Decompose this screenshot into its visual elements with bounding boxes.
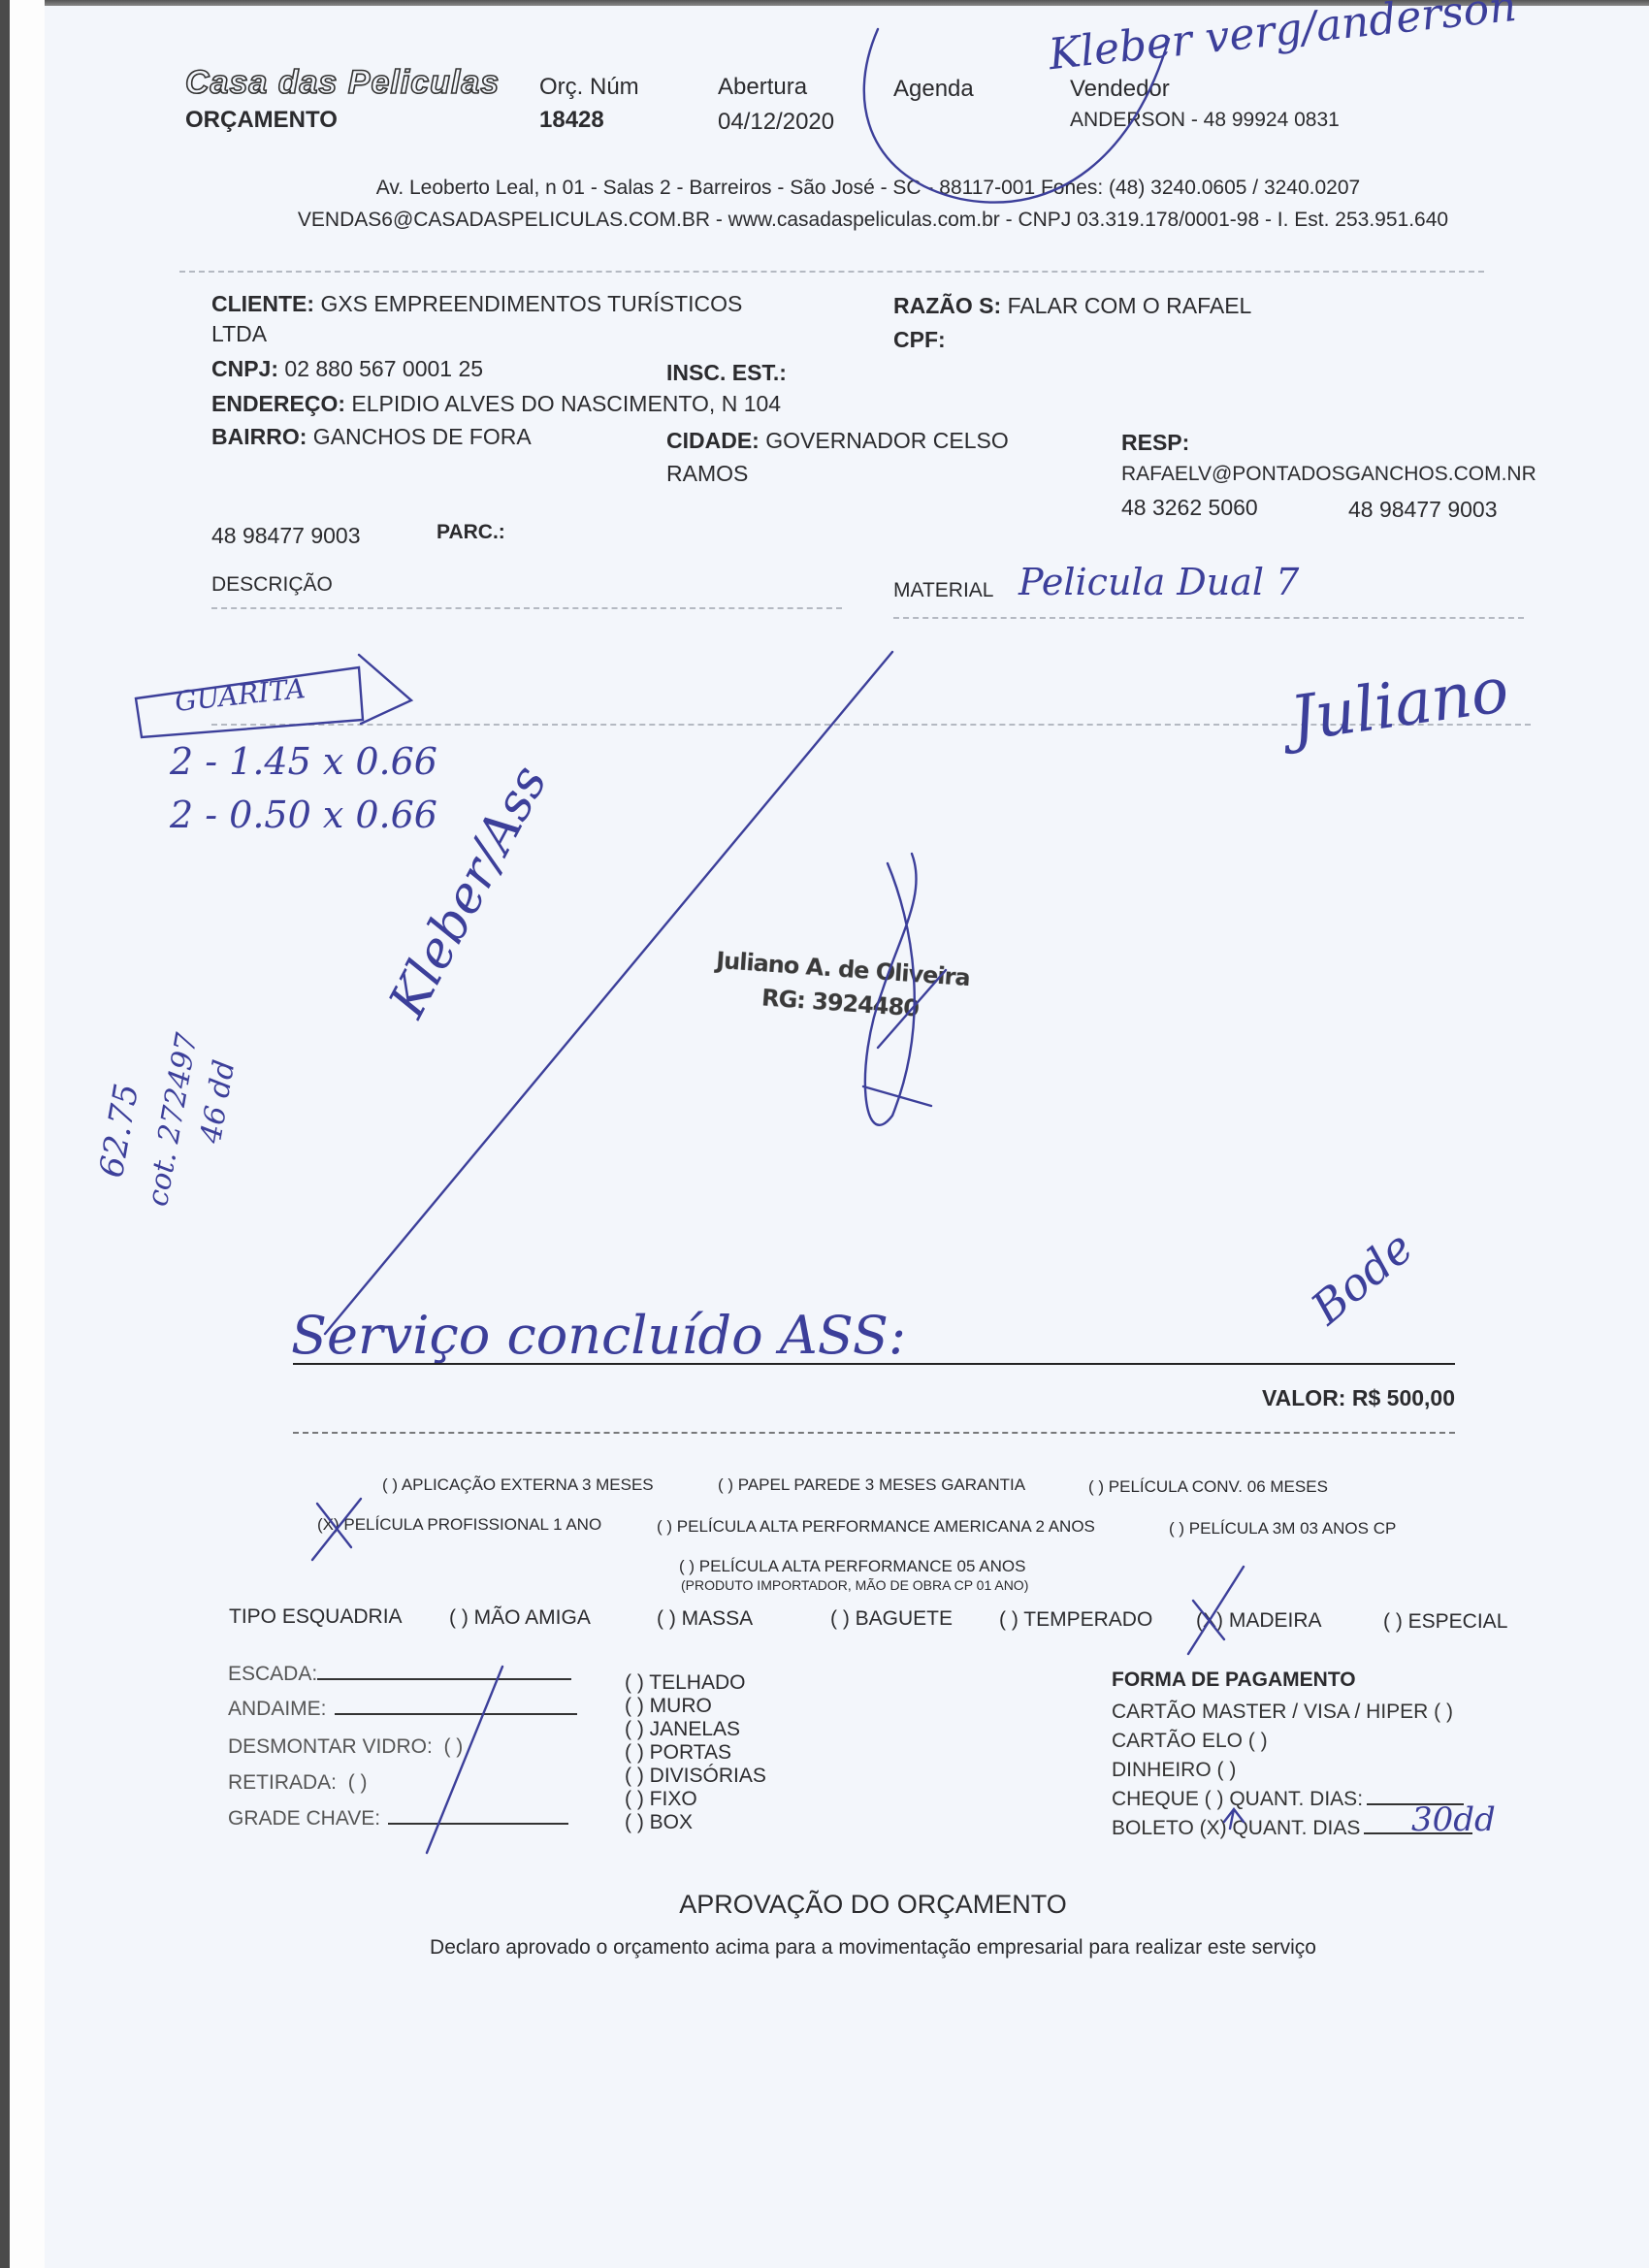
razao-field: RAZÃO S: FALAR COM O RAFAEL	[893, 293, 1251, 319]
extra-escada: ESCADA:	[228, 1663, 571, 1686]
company-logo: Casa das Peliculas	[185, 64, 500, 102]
signature-line	[293, 1363, 1455, 1365]
extra-andaime: ANDAIME:	[228, 1698, 577, 1721]
hand-material: Pelicula Dual 7	[1018, 561, 1299, 603]
film-option-alta-performance-americana[interactable]: ( ) PELÍCULA ALTA PERFORMANCE AMERICANA …	[657, 1517, 1095, 1537]
esquadria-massa[interactable]: ( ) MASSA	[657, 1607, 753, 1631]
cidade-cont: RAMOS	[666, 461, 748, 487]
approval-title: APROVAÇÃO DO ORÇAMENTO	[388, 1890, 1358, 1920]
film-option-aplicacao-externa[interactable]: ( ) APLICAÇÃO EXTERNA 3 MESES	[382, 1475, 654, 1495]
cliente-cont: LTDA	[211, 321, 267, 347]
descricao-label: DESCRIÇÃO	[211, 573, 333, 597]
client-phone: 48 98477 9003	[211, 523, 361, 549]
location-box[interactable]: ( ) BOX	[625, 1811, 766, 1834]
material-label: MATERIAL	[893, 579, 993, 602]
paper	[45, 6, 1649, 2268]
cliente-field: CLIENTE: GXS EMPREENDIMENTOS TURÍSTICOS	[211, 291, 742, 317]
company-address: Av. Leoberto Leal, n 01 - Salas 2 - Barr…	[291, 177, 1445, 200]
parc-label: PARC.:	[436, 521, 505, 544]
film-option-papel-parede[interactable]: ( ) PAPEL PAREDE 3 MESES GARANTIA	[718, 1475, 1025, 1495]
film-option-pelicula-profissional[interactable]: (X) PELÍCULA PROFISSIONAL 1 ANO	[317, 1515, 601, 1535]
esquadria-temperado[interactable]: ( ) TEMPERADO	[999, 1608, 1152, 1632]
approval-text: Declaro aprovado o orçamento acima para …	[349, 1936, 1397, 1960]
doc-type: ORÇAMENTO	[185, 107, 338, 134]
location-telhado[interactable]: ( ) TELHADO	[625, 1671, 766, 1695]
resp-label: RESP:	[1121, 430, 1189, 456]
abertura-date: 04/12/2020	[718, 109, 834, 136]
hand-measure-2: 2 - 0.50 x 0.66	[170, 794, 437, 836]
vendedor: ANDERSON - 48 99924 0831	[1070, 109, 1340, 132]
endereco-field: ENDEREÇO: ELPIDIO ALVES DO NASCIMENTO, N…	[211, 391, 781, 417]
resp-email: RAFAELV@PONTADOSGANCHOS.COM.NR	[1121, 463, 1536, 486]
total-value: VALOR: R$ 500,00	[1262, 1385, 1455, 1411]
film-option-3m[interactable]: ( ) PELÍCULA 3M 03 ANOS CP	[1169, 1519, 1396, 1539]
resp-phone-1: 48 3262 5060	[1121, 495, 1258, 521]
company-contact: VENDAS6@CASADASPELICULAS.COM.BR - www.ca…	[281, 209, 1465, 232]
film-option-note: (PRODUTO IMPORTADOR, MÃO DE OBRA CP 01 A…	[681, 1577, 1028, 1593]
cnpj-field: CNPJ: 02 880 567 0001 25	[211, 356, 483, 382]
insc-est-label: INSC. EST.:	[666, 360, 787, 386]
scan-margin	[10, 0, 45, 2268]
film-option-pelicula-conv[interactable]: ( ) PELÍCULA CONV. 06 MESES	[1088, 1477, 1328, 1497]
orc-num-label: Orç. Núm	[539, 74, 639, 101]
desc-line	[211, 607, 842, 609]
payment-title: FORMA DE PAGAMENTO	[1112, 1669, 1356, 1692]
scan-edge-left	[0, 0, 10, 2268]
location-fixo[interactable]: ( ) FIXO	[625, 1788, 766, 1811]
extra-desmontar-vidro[interactable]: DESMONTAR VIDRO: ( )	[228, 1735, 463, 1759]
location-janelas[interactable]: ( ) JANELAS	[625, 1718, 766, 1741]
abertura-label: Abertura	[718, 74, 807, 101]
vendedor-label: Vendedor	[1070, 76, 1170, 103]
bairro-field: BAIRRO: GANCHOS DE FORA	[211, 424, 532, 450]
cpf-label: CPF:	[893, 327, 946, 353]
hand-boleto-days: 30dd	[1411, 1800, 1496, 1839]
cidade-field: CIDADE: GOVERNADOR CELSO	[666, 428, 1009, 454]
esquadria-label: TIPO ESQUADRIA	[229, 1605, 403, 1629]
payment-cartao-master[interactable]: CARTÃO MASTER / VISA / HIPER ( )	[1112, 1698, 1472, 1727]
location-muro[interactable]: ( ) MURO	[625, 1695, 766, 1718]
orc-num: 18428	[539, 107, 604, 134]
locations-list: ( ) TELHADO ( ) MURO ( ) JANELAS ( ) POR…	[625, 1671, 766, 1834]
hand-servico-concluido: Serviço concluído ASS:	[291, 1305, 906, 1366]
extra-retirada[interactable]: RETIRADA: ( )	[228, 1771, 368, 1795]
separator	[179, 271, 1484, 273]
hand-measure-1: 2 - 1.45 x 0.66	[170, 740, 437, 783]
location-portas[interactable]: ( ) PORTAS	[625, 1741, 766, 1765]
esquadria-mao-amiga[interactable]: ( ) MÃO AMIGA	[449, 1606, 591, 1630]
material-line	[893, 617, 1524, 619]
film-option-alta-performance-05[interactable]: ( ) PELÍCULA ALTA PERFORMANCE 05 ANOS	[679, 1557, 1025, 1576]
extra-grade-chave: GRADE CHAVE:	[228, 1807, 568, 1831]
payment-dinheiro[interactable]: DINHEIRO ( )	[1112, 1756, 1472, 1785]
esquadria-baguete[interactable]: ( ) BAGUETE	[830, 1607, 953, 1631]
resp-phone-2: 48 98477 9003	[1348, 497, 1498, 523]
value-line	[293, 1432, 1455, 1434]
agenda-label: Agenda	[893, 76, 974, 103]
esquadria-especial[interactable]: ( ) ESPECIAL	[1383, 1610, 1507, 1634]
payment-cartao-elo[interactable]: CARTÃO ELO ( )	[1112, 1727, 1472, 1756]
location-divisorias[interactable]: ( ) DIVISÓRIAS	[625, 1765, 766, 1788]
esquadria-madeira[interactable]: (X) MADEIRA	[1196, 1609, 1322, 1633]
